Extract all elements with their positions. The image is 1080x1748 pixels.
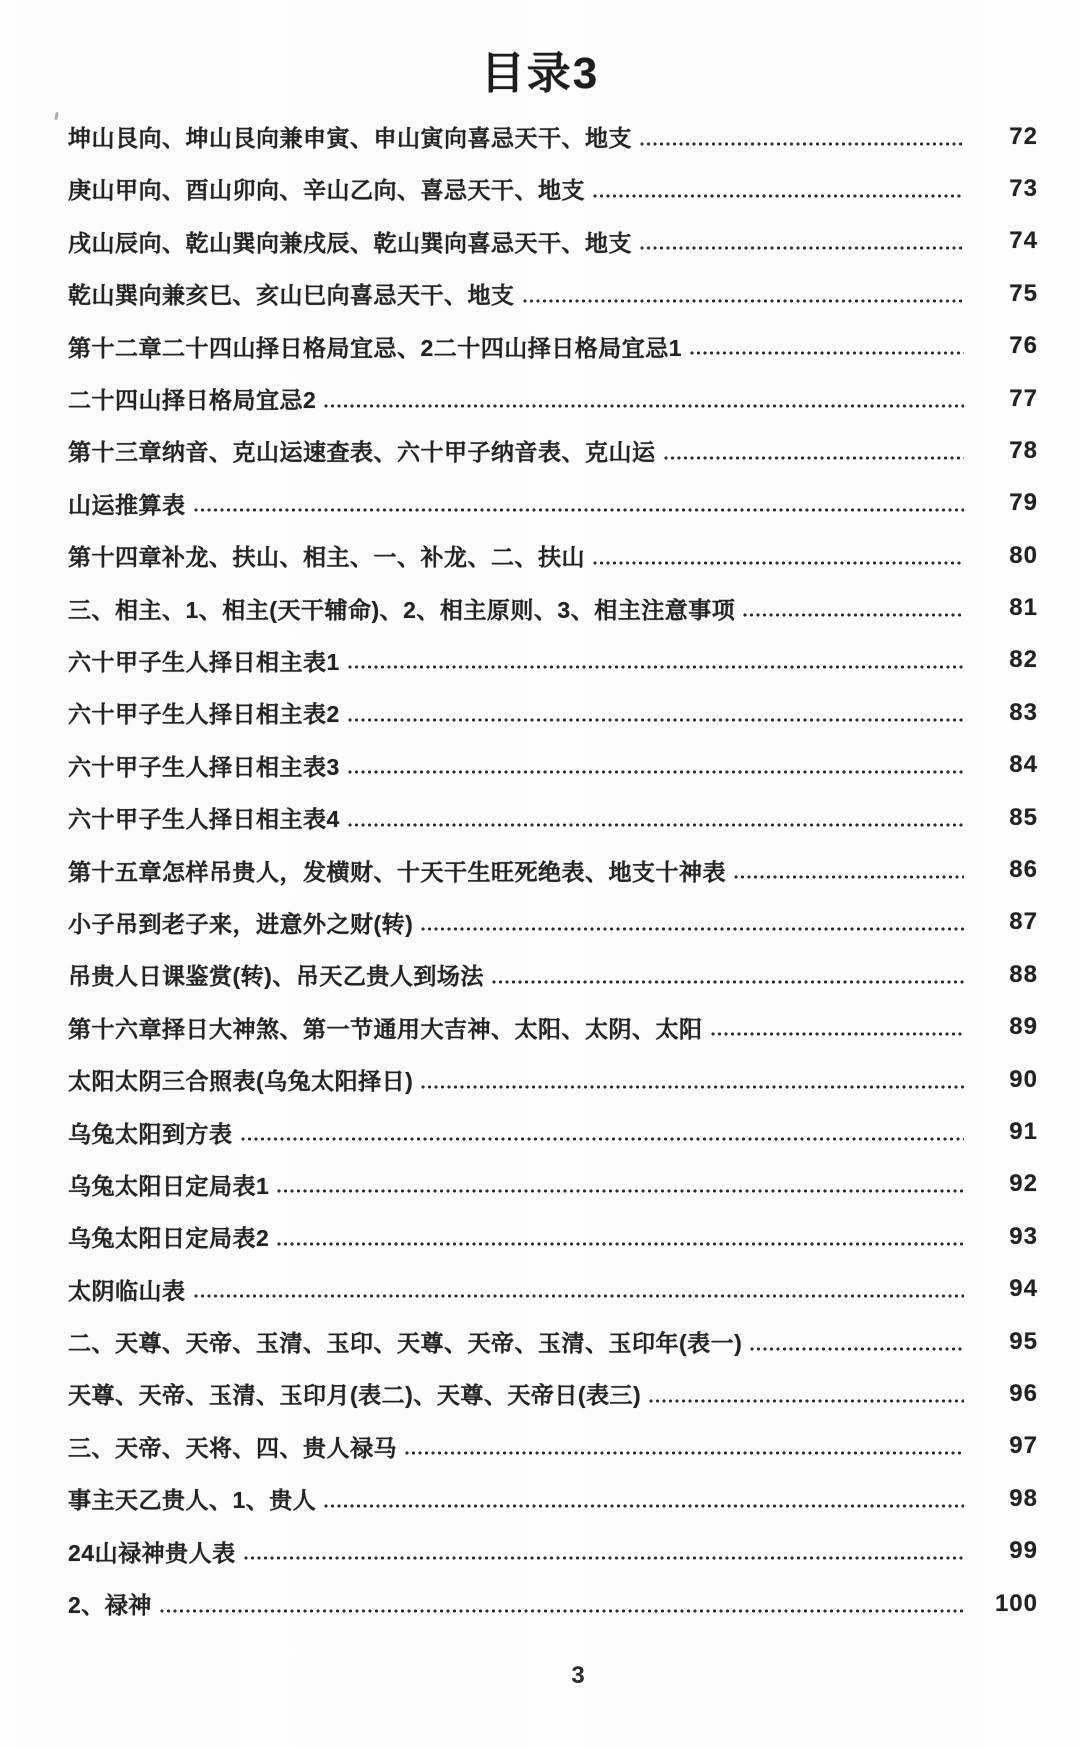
- dot-leader: [492, 979, 964, 985]
- toc-entry-title: 第十四章补龙、扶山、相主、一、补龙、二、扶山: [68, 539, 585, 572]
- toc-entry-page-number: 74: [968, 227, 1038, 255]
- toc-entry: 二十四山择日格局宜忌277: [68, 372, 1038, 424]
- toc-entry: 太阳太阴三合照表(乌兔太阳择日)90: [68, 1053, 1038, 1105]
- toc-entry-page-number: 86: [968, 856, 1038, 884]
- toc-entry: 小子吊到老子来，进意外之财(转)87: [68, 896, 1038, 948]
- toc-entry-title: 第十三章纳音、克山运速查表、六十甲子纳音表、克山运: [68, 434, 656, 467]
- toc-entry-page-number: 90: [968, 1066, 1038, 1094]
- toc-entry-title: 六十甲子生人择日相主表3: [68, 749, 340, 782]
- dot-leader: [734, 874, 964, 880]
- toc-entry: 三、天帝、天将、四、贵人禄马97: [68, 1420, 1038, 1472]
- toc-entry-title: 庚山甲向、酉山卯向、辛山乙向、喜忌天干、地支: [68, 172, 585, 205]
- toc-entry-title: 吊贵人日课鉴赏(转)、吊天乙贵人到场法: [68, 958, 484, 991]
- toc-entry-title: 24山禄神贵人表: [68, 1535, 236, 1568]
- dot-leader: [277, 1241, 964, 1247]
- toc-entry-page-number: 80: [968, 542, 1038, 570]
- toc-entry-page-number: 89: [968, 1013, 1038, 1041]
- toc-entry-title: 戌山辰向、乾山巽向兼戌辰、乾山巽向喜忌天干、地支: [68, 225, 632, 258]
- toc-entry: 六十甲子生人择日相主表283: [68, 687, 1038, 739]
- toc-entry-page-number: 76: [968, 332, 1038, 360]
- toc-entry-title: 乌兔太阳日定局表1: [68, 1168, 269, 1201]
- toc-entry: 乌兔太阳日定局表192: [68, 1158, 1038, 1210]
- dot-leader: [194, 1293, 965, 1299]
- toc-entry: 第十四章补龙、扶山、相主、一、补龙、二、扶山80: [68, 530, 1038, 582]
- dot-leader: [664, 455, 965, 461]
- dot-leader: [194, 507, 965, 513]
- toc-entry: 六十甲子生人择日相主表182: [68, 634, 1038, 686]
- toc-entry: 24山禄神贵人表99: [68, 1525, 1038, 1577]
- toc-entry-page-number: 100: [968, 1590, 1038, 1618]
- toc-entry-page-number: 94: [968, 1275, 1038, 1303]
- dot-leader: [421, 926, 964, 932]
- toc-entry-page-number: 99: [968, 1537, 1038, 1565]
- toc-entry: 第十二章二十四山择日格局宜忌、2二十四山择日格局宜忌176: [68, 320, 1038, 372]
- toc-entry-page-number: 95: [968, 1328, 1038, 1356]
- toc-entry-page-number: 83: [968, 699, 1038, 727]
- toc-entry-page-number: 87: [968, 908, 1038, 936]
- footer-page-number: 3: [38, 1662, 1080, 1690]
- dot-leader: [324, 1503, 964, 1509]
- toc-entry-title: 坤山艮向、坤山艮向兼申寅、申山寅向喜忌天干、地支: [68, 120, 632, 153]
- toc-entry-page-number: 93: [968, 1223, 1038, 1251]
- toc-entry-page-number: 78: [968, 437, 1038, 465]
- dot-leader: [593, 560, 964, 566]
- toc-entry: 戌山辰向、乾山巽向兼戌辰、乾山巽向喜忌天干、地支74: [68, 215, 1038, 267]
- toc-entry-title: 小子吊到老子来，进意外之财(转): [68, 906, 413, 939]
- toc-entry-title: 三、相主、1、相主(天干辅命)、2、相主原则、3、相主注意事项: [68, 592, 735, 625]
- toc-entry-page-number: 77: [968, 385, 1038, 413]
- dot-leader: [324, 403, 964, 409]
- toc-entry-page-number: 82: [968, 646, 1038, 674]
- toc-entry: 天尊、天帝、玉清、玉印月(表二)、天尊、天帝日(表三)96: [68, 1368, 1038, 1420]
- toc-entry: 六十甲子生人择日相主表485: [68, 791, 1038, 843]
- dot-leader: [160, 1608, 964, 1614]
- dot-leader: [690, 350, 964, 356]
- toc-entry-title: 山运推算表: [68, 487, 186, 520]
- toc-entry: 2、禄神100: [68, 1577, 1038, 1629]
- toc-entry-title: 2、禄神: [68, 1587, 152, 1620]
- toc-entry: 坤山艮向、坤山艮向兼申寅、申山寅向喜忌天干、地支72: [68, 110, 1038, 162]
- dot-leader: [348, 769, 964, 775]
- toc-entry-title: 天尊、天帝、玉清、玉印月(表二)、天尊、天帝日(表三): [68, 1377, 641, 1410]
- dot-leader: [421, 1084, 964, 1090]
- dot-leader: [640, 245, 964, 251]
- dot-leader: [405, 1450, 964, 1456]
- toc-entry-title: 三、天帝、天将、四、贵人禄马: [68, 1430, 397, 1463]
- toc-entry-page-number: 75: [968, 280, 1038, 308]
- dot-leader: [640, 141, 964, 147]
- toc-entry: 第十六章择日大神煞、第一节通用大吉神、太阳、太阴、太阳89: [68, 1001, 1038, 1053]
- toc-entry: 乌兔太阳日定局表293: [68, 1211, 1038, 1263]
- toc-entry: 吊贵人日课鉴赏(转)、吊天乙贵人到场法88: [68, 949, 1038, 1001]
- toc-entry-title: 第十二章二十四山择日格局宜忌、2二十四山择日格局宜忌1: [68, 330, 682, 363]
- toc-entry: 乾山巽向兼亥巳、亥山巳向喜忌天干、地支75: [68, 268, 1038, 320]
- toc-entry: 三、相主、1、相主(天干辅命)、2、相主原则、3、相主注意事项81: [68, 582, 1038, 634]
- toc-entry: 第十三章纳音、克山运速查表、六十甲子纳音表、克山运78: [68, 425, 1038, 477]
- dot-leader: [277, 1188, 964, 1194]
- toc-entry-page-number: 84: [968, 751, 1038, 779]
- toc-entry-title: 乌兔太阳日定局表2: [68, 1220, 269, 1253]
- toc-entry: 二、天尊、天帝、玉清、玉印、天尊、天帝、玉清、玉印年(表一)95: [68, 1315, 1038, 1367]
- dot-leader: [711, 1031, 965, 1037]
- toc-entry: 第十五章怎样吊贵人，发横财、十天干生旺死绝表、地支十神表86: [68, 844, 1038, 896]
- toc-entry-page-number: 85: [968, 804, 1038, 832]
- toc-entry-title: 六十甲子生人择日相主表2: [68, 696, 340, 729]
- toc-entry-title: 二十四山择日格局宜忌2: [68, 382, 316, 415]
- toc-entry-title: 第十五章怎样吊贵人，发横财、十天干生旺死绝表、地支十神表: [68, 854, 726, 887]
- toc-entry-page-number: 92: [968, 1170, 1038, 1198]
- toc-entry-title: 乌兔太阳到方表: [68, 1116, 233, 1149]
- dot-leader: [750, 1346, 964, 1352]
- toc-entry-page-number: 73: [968, 175, 1038, 203]
- toc-entry-title: 乾山巽向兼亥巳、亥山巳向喜忌天干、地支: [68, 277, 515, 310]
- toc-entry-title: 二、天尊、天帝、玉清、玉印、天尊、天帝、玉清、玉印年(表一): [68, 1325, 742, 1358]
- dot-leader: [649, 1398, 964, 1404]
- toc-entry-page-number: 72: [968, 123, 1038, 151]
- dot-leader: [593, 193, 964, 199]
- dot-leader: [241, 1136, 965, 1142]
- toc-entry-title: 事主天乙贵人、1、贵人: [68, 1482, 316, 1515]
- toc-entry: 太阴临山表94: [68, 1263, 1038, 1315]
- toc-list: 坤山艮向、坤山艮向兼申寅、申山寅向喜忌天干、地支72庚山甲向、酉山卯向、辛山乙向…: [0, 110, 1080, 1629]
- dot-leader: [244, 1555, 964, 1561]
- dot-leader: [348, 717, 964, 723]
- toc-entry-title: 第十六章择日大神煞、第一节通用大吉神、太阳、太阴、太阳: [68, 1011, 703, 1044]
- page-title: 目录3: [0, 0, 1080, 98]
- toc-entry-title: 太阳太阴三合照表(乌兔太阳择日): [68, 1063, 413, 1096]
- dot-leader: [743, 612, 964, 618]
- dot-leader: [348, 664, 964, 670]
- toc-entry-page-number: 97: [968, 1432, 1038, 1460]
- toc-entry-page-number: 98: [968, 1485, 1038, 1513]
- scanned-toc-page: 目录3 坤山艮向、坤山艮向兼申寅、申山寅向喜忌天干、地支72庚山甲向、酉山卯向、…: [0, 0, 1080, 1748]
- dot-leader: [523, 298, 965, 304]
- toc-entry-title: 六十甲子生人择日相主表1: [68, 644, 340, 677]
- toc-entry-title: 六十甲子生人择日相主表4: [68, 801, 340, 834]
- toc-entry-title: 太阴临山表: [68, 1273, 186, 1306]
- toc-entry-page-number: 96: [968, 1380, 1038, 1408]
- toc-entry: 乌兔太阳到方表91: [68, 1106, 1038, 1158]
- toc-entry: 六十甲子生人择日相主表384: [68, 739, 1038, 791]
- toc-entry: 山运推算表79: [68, 477, 1038, 529]
- toc-entry-page-number: 88: [968, 961, 1038, 989]
- toc-entry: 庚山甲向、酉山卯向、辛山乙向、喜忌天干、地支73: [68, 163, 1038, 215]
- toc-entry-page-number: 81: [968, 594, 1038, 622]
- toc-entry-page-number: 91: [968, 1118, 1038, 1146]
- dot-leader: [348, 822, 964, 828]
- toc-entry-page-number: 79: [968, 489, 1038, 517]
- toc-entry: 事主天乙贵人、1、贵人98: [68, 1473, 1038, 1525]
